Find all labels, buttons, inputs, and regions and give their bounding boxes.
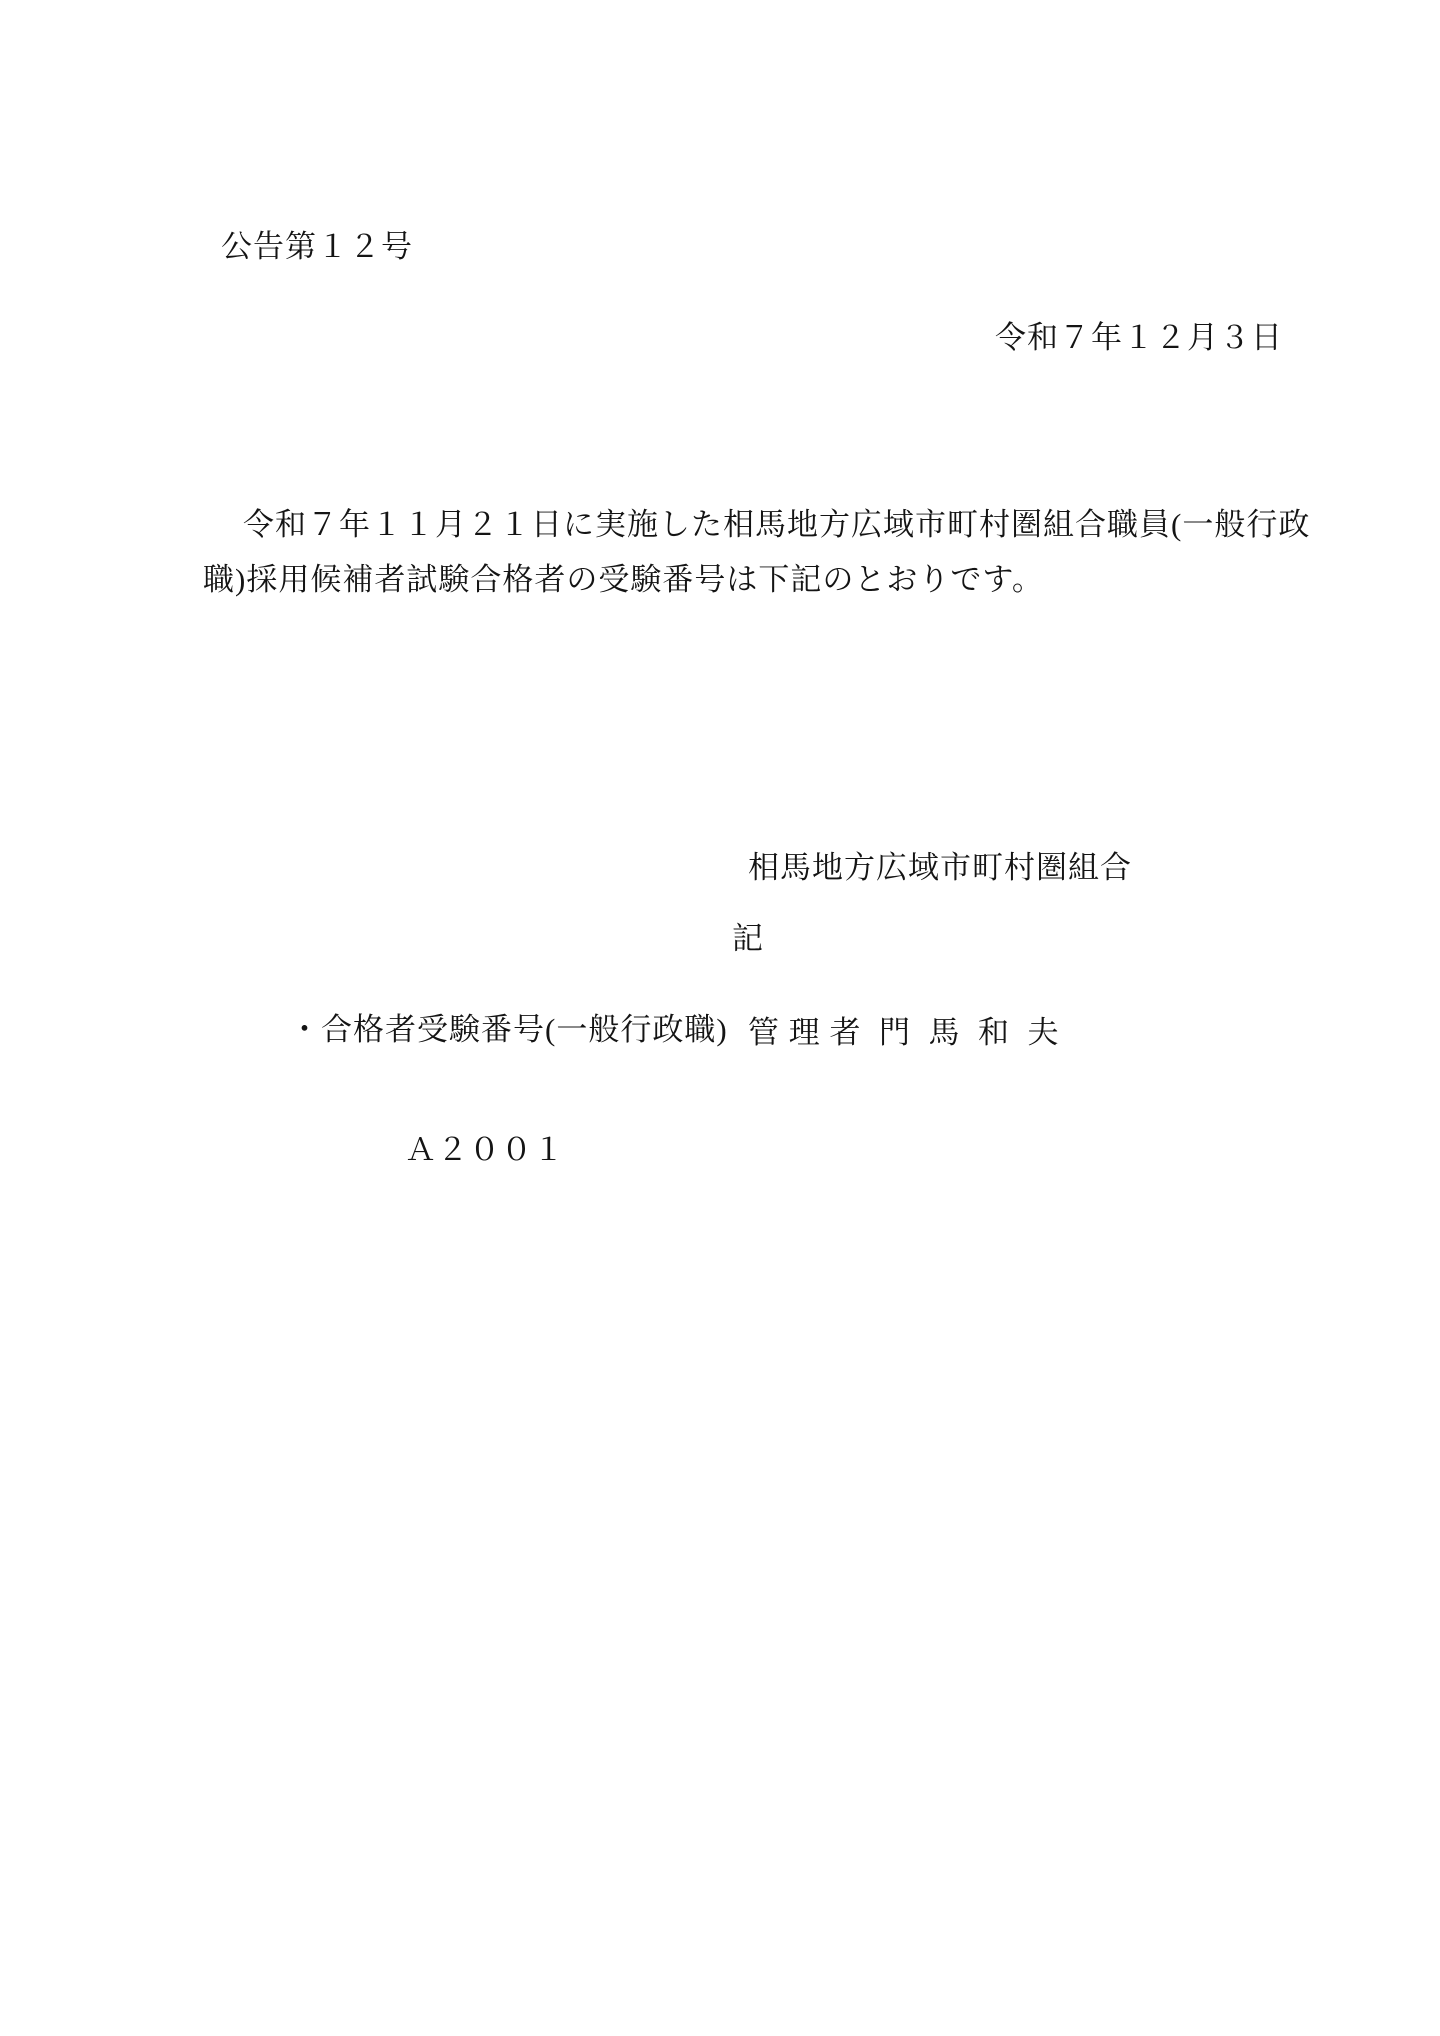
signature-officer: 管 理 者 門 馬 和 夫 <box>748 1005 1132 1060</box>
passing-number-list-label: ・合格者受験番号(一般行政職) <box>289 1011 728 1049</box>
notice-document-page: 公告第１２号 令和７年１２月３日 令和７年１１月２１日に実施した相馬地方広域市町… <box>0 0 1440 2036</box>
document-date: 令和７年１２月３日 <box>995 319 1283 357</box>
body-line-1: 令和７年１１月２１日に実施した相馬地方広域市町村圏組合職員(一般行政 <box>203 497 1303 552</box>
document-number: 公告第１２号 <box>221 228 413 266</box>
passing-exam-number: Ａ２００１ <box>405 1131 565 1169</box>
signature-organization: 相馬地方広域市町村圏組合 <box>748 840 1132 895</box>
body-line-2: 職)採用候補者試験合格者の受験番号は下記のとおりです。 <box>203 552 1303 607</box>
body-paragraph: 令和７年１１月２１日に実施した相馬地方広域市町村圏組合職員(一般行政 職)採用候… <box>203 497 1303 607</box>
section-marker-ki: 記 <box>203 920 1293 958</box>
